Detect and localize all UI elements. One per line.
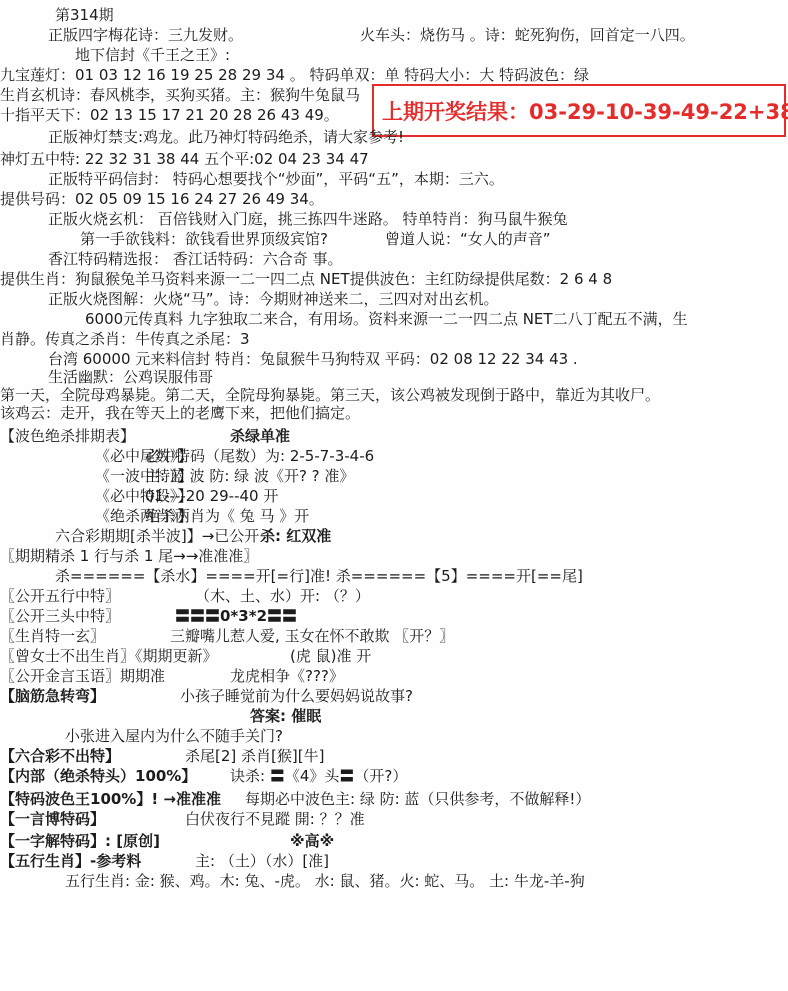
text-segment-21-1: 杀绿单准 [230, 427, 290, 446]
text-segment-30-0: 〖公开三头中特〗 [0, 607, 120, 625]
text-segment-33-0: 〖公开金言玉语〗期期准 [0, 667, 165, 685]
text-line-3: 九宝莲灯：01 03 12 16 19 25 28 29 34 。 特码单双：单… [0, 66, 589, 85]
text-line-26: 六合彩期期[杀半波]】→已公开杀: 红双准 [55, 527, 259, 546]
text-segment-42-1: 主: （土）（水）[准] [195, 852, 329, 871]
text-segment-40-1: 白伏夜行不見蹤 開: ？？准 [185, 810, 365, 829]
text-segment-7-0: 神灯五中特: 22 32 31 38 44 五个平:02 04 23 34 47 [0, 150, 369, 168]
text-line-5: 十指平天下：02 13 15 17 21 20 28 26 43 49。 [0, 106, 339, 125]
text-segment-11-0: 第一手欲钱料：欲钱看世界顶级宾馆? [80, 230, 328, 248]
previous-draw-result-box: 上期开奖结果：03-29-10-39-49-22+38 [372, 84, 786, 137]
text-segment-20-0: 该鸡云：走开，我在等天上的老鹰下来，把他们搞定。 [0, 404, 360, 422]
text-segment-40-0: 【一言博特码】 [0, 810, 105, 828]
text-segment-18-0: 生活幽默：公鸡误服伟哥 [48, 368, 213, 386]
text-segment-23-1: 主: 蓝 波 防: 绿 波《开? ? 准》 [145, 467, 354, 486]
text-segment-37-0: 【六合彩不出特】 [0, 747, 120, 765]
text-segment-32-0: 〖曾女士不出生肖〗《期期更新》 [0, 647, 218, 665]
text-line-41: 【一字解特码】: [原创]※高※ [0, 832, 160, 851]
text-line-18: 生活幽默：公鸡误服伟哥 [48, 368, 213, 387]
text-segment-1-0: 正版四字梅花诗：三九发财。 [48, 26, 243, 44]
text-line-16: 肖静。传真之杀肖：牛传真之杀尾：3 [0, 330, 250, 349]
text-line-17: 台湾 60000 元来料信封 特肖：兔鼠猴牛马狗特双 平码：02 08 12 2… [48, 350, 578, 369]
text-line-30: 〖公开三头中特〗〓〓〓0*3*2〓〓 [0, 607, 120, 626]
text-line-42: 【五行生肖】-参考料主: （土）（水）[准] [0, 852, 141, 871]
text-line-40: 【一言博特码】白伏夜行不見蹤 開: ？？准 [0, 810, 105, 829]
text-segment-36-0: 小张进入屋内为什么不随手关门? [65, 727, 283, 745]
text-line-21: 【波色绝杀排期表】杀绿单准 [0, 427, 135, 446]
text-line-28: 杀======【杀水】====开[=行]准! 杀======【5】====开[=… [55, 567, 583, 586]
text-line-11: 第一手欲钱料：欲钱看世界顶级宾馆?曾道人说：“女人的声音” [80, 230, 328, 249]
text-segment-24-1: 01----20 29--40 开 [145, 487, 278, 506]
text-line-32: 〖曾女士不出生肖〗《期期更新》(虎 鼠)准 开 [0, 647, 218, 666]
text-segment-14-0: 正版火烧图解：火烧“马”。诗：今期财神送来二，三四对对出玄机。 [48, 290, 499, 308]
text-segment-2-0: 地下信封《千王之王》: [75, 46, 230, 64]
text-line-31: 〖生肖特一玄〗三瓣嘴儿惹人爱, 玉女在怀不敢欺 〖开？〗 [0, 627, 105, 646]
text-segment-37-1: 杀尾[2] 杀肖[猴][牛] [185, 747, 324, 766]
text-line-33: 〖公开金言玉语〗期期准龙虎相争《???》 [0, 667, 165, 686]
lottery-tip-sheet: 上期开奖结果：03-29-10-39-49-22+38 第314期正版四字梅花诗… [0, 0, 788, 991]
text-line-6: 正版神灯禁支:鸡龙。此乃神灯特码绝杀，请大家参考! [48, 128, 404, 147]
text-segment-1-1: 火车头：烧伤马 。诗：蛇死狗伤，回首定一八四。 [360, 26, 695, 45]
text-line-23: 《一波中特》】主: 蓝 波 防: 绿 波《开? ? 准》 [95, 467, 193, 486]
text-segment-41-0: 【一字解特码】: [原创] [0, 832, 160, 850]
text-segment-16-0: 肖静。传真之杀肖：牛传真之杀尾：3 [0, 330, 250, 348]
text-segment-21-0: 【波色绝杀排期表】 [0, 427, 135, 445]
text-segment-17-0: 台湾 60000 元来料信封 特肖：兔鼠猴牛马狗特双 平码：02 08 12 2… [48, 350, 578, 368]
text-segment-3-0: 九宝莲灯：01 03 12 16 19 25 28 29 34 。 特码单双：单… [0, 66, 589, 84]
text-segment-12-0: 香江特码精选报： 香江话特码：六合奇 事。 [48, 250, 343, 268]
text-segment-5-0: 十指平天下：02 13 15 17 21 20 28 26 43 49。 [0, 106, 339, 124]
text-segment-26-0: 六合彩期期[杀半波]】→已公开 [55, 527, 259, 545]
text-segment-25-1: 绝杀两肖为《 兔 马 》开 [145, 507, 309, 526]
text-segment-38-1: 诀杀: 〓《4》头〓（开?） [230, 767, 407, 786]
text-line-24: 《必中特段》】01----20 29--40 开 [95, 487, 193, 506]
text-segment-39-1: 每期必中波色主: 绿 防: 蓝（只供参考，不做解释!） [245, 790, 590, 809]
text-segment-15-0: 6000元传真料 九字独取二来合，有用场。资料来源一二一四二点 NET二八丁配五… [85, 310, 688, 328]
text-segment-6-0: 正版神灯禁支:鸡龙。此乃神灯特码绝杀，请大家参考! [48, 128, 404, 146]
text-line-19: 第一天，全院母鸡暴毙。第二天，全院母狗暴毙。第三天，该公鸡被发现倒于路中，靠近为… [0, 386, 660, 405]
text-line-14: 正版火烧图解：火烧“马”。诗：今期财神送来二，三四对对出玄机。 [48, 290, 499, 309]
text-segment-34-1: 小孩子睡觉前为什么要妈妈说故事? [180, 687, 413, 706]
text-segment-35-0: 答案: 催眠 [250, 707, 321, 725]
text-segment-26-1: 杀: 红双准 [260, 527, 331, 546]
text-segment-39-0: 【特码波色王100%】! →准准准 [0, 790, 221, 808]
previous-draw-result-text: 上期开奖结果：03-29-10-39-49-22+38 [382, 96, 788, 126]
text-line-25: 《绝杀两肖》】绝杀两肖为《 兔 马 》开 [95, 507, 193, 526]
text-segment-4-0: 生肖玄机诗：春风桃李，买狗买猪。主：猴狗牛兔鼠马 [0, 86, 360, 104]
text-segment-29-1: （木、土、水）开: （？） [195, 587, 370, 606]
text-segment-28-0: 杀======【杀水】====开[=行]准! 杀======【5】====开[=… [55, 567, 583, 585]
text-segment-30-1: 〓〓〓0*3*2〓〓 [175, 607, 297, 626]
text-segment-11-1: 曾道人说：“女人的声音” [385, 230, 551, 249]
text-line-27: 〖期期精杀 1 行与杀 1 尾→→准准准〗 [0, 547, 258, 566]
text-line-34: 【脑筋急转弯】小孩子睡觉前为什么要妈妈说故事? [0, 687, 105, 706]
text-line-13: 提供生肖：狗鼠猴兔羊马资料来源一二一四二点 NET提供波色：主红防绿提供尾数：2… [0, 270, 612, 289]
text-line-20: 该鸡云：走开，我在等天上的老鹰下来，把他们搞定。 [0, 404, 360, 423]
text-segment-32-1: (虎 鼠)准 开 [290, 647, 371, 666]
text-line-4: 生肖玄机诗：春风桃李，买狗买猪。主：猴狗牛兔鼠马 [0, 86, 360, 105]
text-line-12: 香江特码精选报： 香江话特码：六合奇 事。 [48, 250, 343, 269]
text-line-39: 【特码波色王100%】! →准准准每期必中波色主: 绿 防: 蓝（只供参考，不做… [0, 790, 221, 809]
text-segment-9-0: 提供号码：02 05 09 15 16 24 27 26 49 34。 [0, 190, 324, 208]
text-line-38: 【内部（绝杀特头）100%】诀杀: 〓《4》头〓（开?） [0, 767, 196, 786]
text-segment-8-0: 正版特平码信封： 特码心想要找个“炒面”，平码“五”，本期：三六。 [48, 170, 504, 188]
text-segment-33-1: 龙虎相争《???》 [230, 667, 344, 686]
text-segment-10-0: 正版火烧玄机： 百倍钱财入门庭，挑三拣四牛迷路。 特单特肖：狗马鼠牛猴兔 [48, 210, 568, 228]
text-segment-31-1: 三瓣嘴儿惹人爱, 玉女在怀不敢欺 〖开？〗 [170, 627, 454, 646]
text-line-35: 答案: 催眠 [250, 707, 321, 726]
text-segment-29-0: 〖公开五行中特〗 [0, 587, 120, 605]
text-segment-34-0: 【脑筋急转弯】 [0, 687, 105, 705]
text-line-10: 正版火烧玄机： 百倍钱财入门庭，挑三拣四牛迷路。 特单特肖：狗马鼠牛猴兔 [48, 210, 568, 229]
text-segment-42-0: 【五行生肖】-参考料 [0, 852, 141, 870]
text-segment-38-0: 【内部（绝杀特头）100%】 [0, 767, 196, 785]
text-line-43: 五行生肖: 金: 猴、鸡。木: 兔、-虎。 水: 鼠、猪。火: 蛇、马。 土: … [65, 872, 585, 891]
text-segment-27-0: 〖期期精杀 1 行与杀 1 尾→→准准准〗 [0, 547, 258, 565]
text-line-37: 【六合彩不出特】杀尾[2] 杀肖[猴][牛] [0, 747, 120, 766]
text-segment-43-0: 五行生肖: 金: 猴、鸡。木: 兔、-虎。 水: 鼠、猪。火: 蛇、马。 土: … [65, 872, 585, 890]
text-line-29: 〖公开五行中特〗（木、土、水）开: （？） [0, 587, 120, 606]
text-segment-19-0: 第一天，全院母鸡暴毙。第二天，全院母狗暴毙。第三天，该公鸡被发现倒于路中，靠近为… [0, 386, 660, 404]
text-line-36: 小张进入屋内为什么不随手关门? [65, 727, 283, 746]
text-line-2: 地下信封《千王之王》: [75, 46, 230, 65]
text-line-1: 正版四字梅花诗：三九发财。火车头：烧伤马 。诗：蛇死狗伤，回首定一八四。 [48, 26, 243, 45]
text-segment-13-0: 提供生肖：狗鼠猴兔羊马资料来源一二一四二点 NET提供波色：主红防绿提供尾数：2… [0, 270, 612, 288]
text-segment-22-1: 必中特码（尾数）为: 2-5-7-3-4-6 [145, 447, 374, 466]
text-segment-0-0: 第314期 [55, 6, 114, 24]
text-line-9: 提供号码：02 05 09 15 16 24 27 26 49 34。 [0, 190, 324, 209]
text-segment-31-0: 〖生肖特一玄〗 [0, 627, 105, 645]
text-line-15: 6000元传真料 九字独取二来合，有用场。资料来源一二一四二点 NET二八丁配五… [85, 310, 688, 329]
text-line-22: 《必中尾数》】必中特码（尾数）为: 2-5-7-3-4-6 [95, 447, 193, 466]
text-line-7: 神灯五中特: 22 32 31 38 44 五个平:02 04 23 34 47 [0, 150, 369, 169]
text-line-0: 第314期 [55, 6, 114, 25]
text-segment-41-1: ※高※ [290, 832, 334, 851]
text-line-8: 正版特平码信封： 特码心想要找个“炒面”，平码“五”，本期：三六。 [48, 170, 504, 189]
